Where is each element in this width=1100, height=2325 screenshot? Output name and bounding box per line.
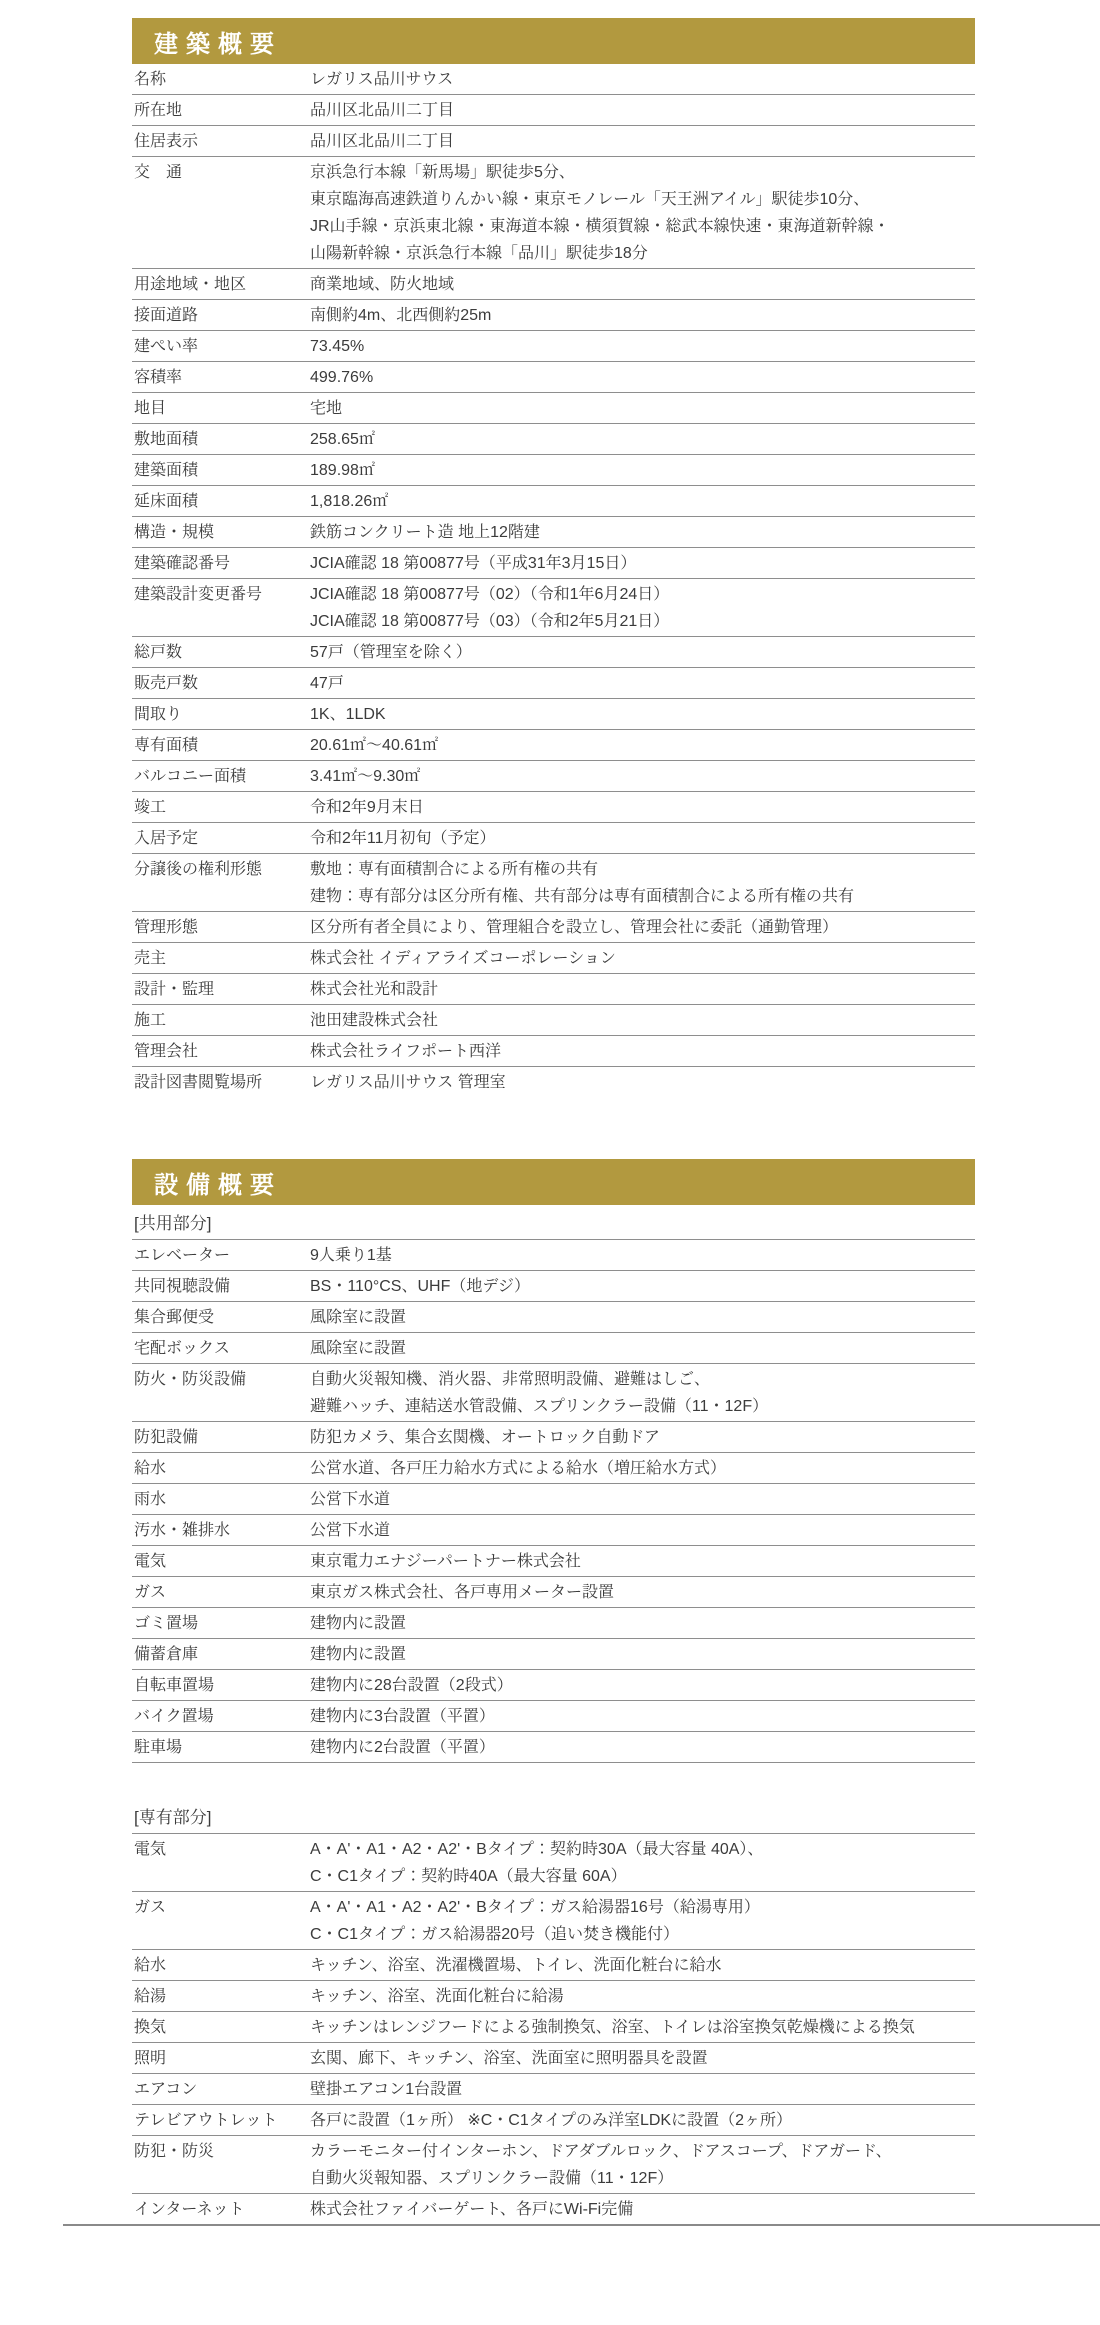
row-value: JCIA確認 18 第00877号（平成31年3月15日） xyxy=(310,550,975,577)
row-value-line: 自動火災報知器、スプリンクラー設備（11・12F） xyxy=(310,2165,975,2192)
table-row: 敷地面積258.65㎡ xyxy=(132,424,975,455)
row-label: バイク置場 xyxy=(132,1703,310,1730)
row-value: 建物内に設置 xyxy=(310,1610,975,1637)
row-value-line: JR山手線・京浜東北線・東海道本線・横須賀線・総武本線快速・東海道新幹線・ xyxy=(310,213,975,240)
row-value-line: 東京ガス株式会社、各戸専用メーター設置 xyxy=(310,1579,975,1606)
row-value-line: 風除室に設置 xyxy=(310,1335,975,1362)
row-value: 玄関、廊下、キッチン、浴室、洗面室に照明器具を設置 xyxy=(310,2045,975,2072)
table-row: 雨水公営下水道 xyxy=(132,1484,975,1515)
table-row: エレベーター9人乗り1基 xyxy=(132,1240,975,1271)
table-row: 交 通京浜急行本線「新馬場」駅徒歩5分、東京臨海高速鉄道りんかい線・東京モノレー… xyxy=(132,157,975,269)
row-value-line: 258.65㎡ xyxy=(310,426,975,453)
row-value-line: 壁掛エアコン1台設置 xyxy=(310,2076,975,2103)
row-label: 売主 xyxy=(132,945,310,972)
row-value: 自動火災報知機、消火器、非常照明設備、避難はしご、避難ハッチ、連結送水管設備、ス… xyxy=(310,1366,975,1420)
row-value: 47戸 xyxy=(310,670,975,697)
row-label: 建ぺい率 xyxy=(132,333,310,360)
row-value: 73.45% xyxy=(310,333,975,360)
private-area-heading: [専有部分] xyxy=(132,1801,975,1834)
row-value: 499.76% xyxy=(310,364,975,391)
row-value: 20.61㎡～40.61㎡ xyxy=(310,732,975,759)
table-row: 入居予定令和2年11月初旬（予定） xyxy=(132,823,975,854)
table-row: バイク置場建物内に3台設置（平置） xyxy=(132,1701,975,1732)
table-row: 建築面積189.98㎡ xyxy=(132,455,975,486)
row-label: 専有面積 xyxy=(132,732,310,759)
row-value: JCIA確認 18 第00877号（02）（令和1年6月24日）JCIA確認 1… xyxy=(310,581,975,635)
row-label: 換気 xyxy=(132,2014,310,2041)
common-area-heading: [共用部分] xyxy=(132,1205,975,1240)
table-row: 販売戸数47戸 xyxy=(132,668,975,699)
row-value-line: JCIA確認 18 第00877号（03）（令和2年5月21日） xyxy=(310,608,975,635)
row-label: 集合郵便受 xyxy=(132,1304,310,1331)
table-row: 給水公営水道、各戸圧力給水方式による給水（増圧給水方式） xyxy=(132,1453,975,1484)
table-row: 構造・規模鉄筋コンクリート造 地上12階建 xyxy=(132,517,975,548)
table-row: 照明玄関、廊下、キッチン、浴室、洗面室に照明器具を設置 xyxy=(132,2043,975,2074)
row-label: 設計・監理 xyxy=(132,976,310,1003)
row-label: 防犯・防災 xyxy=(132,2138,310,2192)
row-label: 管理会社 xyxy=(132,1038,310,1065)
row-value-line: 南側約4m、北西側約25m xyxy=(310,302,975,329)
row-value-line: 73.45% xyxy=(310,333,975,360)
table-row: 設計・監理株式会社光和設計 xyxy=(132,974,975,1005)
row-label: 総戸数 xyxy=(132,639,310,666)
row-label: 用途地域・地区 xyxy=(132,271,310,298)
row-value-line: 建物内に3台設置（平置） xyxy=(310,1703,975,1730)
private-area-table: 電気A・A'・A1・A2・A2'・Bタイプ：契約時30A（最大容量 40A）、C… xyxy=(132,1834,975,2224)
row-value-line: 株式会社ライフポート西洋 xyxy=(310,1038,975,1065)
table-row: 地目宅地 xyxy=(132,393,975,424)
equipment-overview-title: 設備概要 xyxy=(154,1165,282,1200)
row-value: 株式会社ライフポート西洋 xyxy=(310,1038,975,1065)
row-value-line: 敷地：専有面積割合による所有権の共有 xyxy=(310,856,975,883)
row-label: 宅配ボックス xyxy=(132,1335,310,1362)
row-value: 258.65㎡ xyxy=(310,426,975,453)
row-value: キッチンはレンジフードによる強制換気、浴室、トイレは浴室換気乾燥機による換気 xyxy=(310,2014,975,2041)
table-row: 備蓄倉庫建物内に設置 xyxy=(132,1639,975,1670)
row-label: 販売戸数 xyxy=(132,670,310,697)
table-row: 建築設計変更番号JCIA確認 18 第00877号（02）（令和1年6月24日）… xyxy=(132,579,975,637)
row-value-line: 建物内に2台設置（平置） xyxy=(310,1734,975,1761)
row-value-line: 公営下水道 xyxy=(310,1517,975,1544)
building-overview-title: 建築概要 xyxy=(154,24,282,59)
row-value-line: 自動火災報知機、消火器、非常照明設備、避難はしご、 xyxy=(310,1366,975,1393)
row-label: 防犯設備 xyxy=(132,1424,310,1451)
table-row: 名称レガリス品川サウス xyxy=(132,64,975,95)
row-value-line: 株式会社ファイバーゲート、各戸にWi-Fi完備 xyxy=(310,2196,975,2223)
table-row: ゴミ置場建物内に設置 xyxy=(132,1608,975,1639)
row-label: 接面道路 xyxy=(132,302,310,329)
row-label: エレベーター xyxy=(132,1242,310,1269)
row-label: バルコニー面積 xyxy=(132,763,310,790)
row-value-line: 20.61㎡～40.61㎡ xyxy=(310,732,975,759)
row-value: 公営下水道 xyxy=(310,1486,975,1513)
common-area-table: エレベーター9人乗り1基共同視聴設備BS・110°CS、UHF（地デジ）集合郵便… xyxy=(132,1240,975,1763)
table-row: 延床面積1,818.26㎡ xyxy=(132,486,975,517)
building-overview-title-band: 建築概要 xyxy=(132,18,975,64)
row-value: 鉄筋コンクリート造 地上12階建 xyxy=(310,519,975,546)
row-value-line: 東京電力エナジーパートナー株式会社 xyxy=(310,1548,975,1575)
row-value-line: C・C1タイプ：ガス給湯器20号（追い焚き機能付） xyxy=(310,1921,975,1948)
row-value: 建物内に3台設置（平置） xyxy=(310,1703,975,1730)
table-row: ガスA・A'・A1・A2・A2'・Bタイプ：ガス給湯器16号（給湯専用）C・C1… xyxy=(132,1892,975,1950)
building-overview-table: 名称レガリス品川サウス所在地品川区北品川二丁目住居表示品川区北品川二丁目交 通京… xyxy=(132,64,975,1097)
row-value: キッチン、浴室、洗濯機置場、トイレ、洗面化粧台に給水 xyxy=(310,1952,975,1979)
row-value-line: 品川区北品川二丁目 xyxy=(310,97,975,124)
table-row: 自転車置場建物内に28台設置（2段式） xyxy=(132,1670,975,1701)
row-label: ガス xyxy=(132,1894,310,1948)
table-row: 竣工令和2年9月末日 xyxy=(132,792,975,823)
bottom-rule xyxy=(63,2224,1100,2226)
row-label: エアコン xyxy=(132,2076,310,2103)
row-value: 株式会社ファイバーゲート、各戸にWi-Fi完備 xyxy=(310,2196,975,2223)
row-value: 建物内に設置 xyxy=(310,1641,975,1668)
row-value-line: 東京臨海高速鉄道りんかい線・東京モノレール「天王洲アイル」駅徒歩10分、 xyxy=(310,186,975,213)
row-label: 交 通 xyxy=(132,159,310,267)
table-row: テレビアウトレット各戸に設置（1ヶ所） ※C・C1タイプのみ洋室LDKに設置（2… xyxy=(132,2105,975,2136)
row-label: 建築確認番号 xyxy=(132,550,310,577)
row-value: 1,818.26㎡ xyxy=(310,488,975,515)
row-value: 建物内に28台設置（2段式） xyxy=(310,1672,975,1699)
row-value-line: 3.41㎡～9.30㎡ xyxy=(310,763,975,790)
row-label: 設計図書閲覧場所 xyxy=(132,1069,310,1096)
row-value: 京浜急行本線「新馬場」駅徒歩5分、東京臨海高速鉄道りんかい線・東京モノレール「天… xyxy=(310,159,975,267)
row-value: 3.41㎡～9.30㎡ xyxy=(310,763,975,790)
row-value: 57戸（管理室を除く） xyxy=(310,639,975,666)
table-row: 接面道路南側約4m、北西側約25m xyxy=(132,300,975,331)
equipment-overview-section: 設備概要 [共用部分] エレベーター9人乗り1基共同視聴設備BS・110°CS、… xyxy=(132,1159,975,2224)
row-value: BS・110°CS、UHF（地デジ） xyxy=(310,1273,975,1300)
row-value-line: 公営下水道 xyxy=(310,1486,975,1513)
row-label: 敷地面積 xyxy=(132,426,310,453)
row-label: 給湯 xyxy=(132,1983,310,2010)
property-spec-sheet: 建築概要 名称レガリス品川サウス所在地品川区北品川二丁目住居表示品川区北品川二丁… xyxy=(0,0,1100,2325)
row-label: 備蓄倉庫 xyxy=(132,1641,310,1668)
row-value: 池田建設株式会社 xyxy=(310,1007,975,1034)
row-value-line: 区分所有者全員により、管理組合を設立し、管理会社に委託（通勤管理） xyxy=(310,914,975,941)
table-row: 建築確認番号JCIA確認 18 第00877号（平成31年3月15日） xyxy=(132,548,975,579)
row-value: A・A'・A1・A2・A2'・Bタイプ：ガス給湯器16号（給湯専用）C・C1タイ… xyxy=(310,1894,975,1948)
table-row: 防犯設備防犯カメラ、集合玄関機、オートロック自動ドア xyxy=(132,1422,975,1453)
row-value: 令和2年11月初旬（予定） xyxy=(310,825,975,852)
row-label: 電気 xyxy=(132,1836,310,1890)
row-value-line: 1,818.26㎡ xyxy=(310,488,975,515)
row-value-line: 建物：専有部分は区分所有権、共有部分は専有面積割合による所有権の共有 xyxy=(310,883,975,910)
row-label: テレビアウトレット xyxy=(132,2107,310,2134)
row-value-line: 499.76% xyxy=(310,364,975,391)
table-row: 売主株式会社 イディアライズコーポレーション xyxy=(132,943,975,974)
table-row: 用途地域・地区商業地域、防火地域 xyxy=(132,269,975,300)
row-label: 雨水 xyxy=(132,1486,310,1513)
row-value-line: 建物内に設置 xyxy=(310,1641,975,1668)
row-label: 駐車場 xyxy=(132,1734,310,1761)
row-value: 商業地域、防火地域 xyxy=(310,271,975,298)
row-value-line: 商業地域、防火地域 xyxy=(310,271,975,298)
row-value-line: 避難ハッチ、連結送水管設備、スプリンクラー設備（11・12F） xyxy=(310,1393,975,1420)
row-label: 構造・規模 xyxy=(132,519,310,546)
row-label: 入居予定 xyxy=(132,825,310,852)
row-value: 9人乗り1基 xyxy=(310,1242,975,1269)
table-row: 給湯キッチン、浴室、洗面化粧台に給湯 xyxy=(132,1981,975,2012)
row-value-line: レガリス品川サウス 管理室 xyxy=(310,1069,975,1096)
row-value-line: BS・110°CS、UHF（地デジ） xyxy=(310,1273,975,1300)
row-label: 建築面積 xyxy=(132,457,310,484)
row-value: 建物内に2台設置（平置） xyxy=(310,1734,975,1761)
table-row: 専有面積20.61㎡～40.61㎡ xyxy=(132,730,975,761)
row-value-line: 公営水道、各戸圧力給水方式による給水（増圧給水方式） xyxy=(310,1455,975,1482)
row-value-line: A・A'・A1・A2・A2'・Bタイプ：ガス給湯器16号（給湯専用） xyxy=(310,1894,975,1921)
row-label: 間取り xyxy=(132,701,310,728)
table-row: ガス東京ガス株式会社、各戸専用メーター設置 xyxy=(132,1577,975,1608)
row-value: 品川区北品川二丁目 xyxy=(310,97,975,124)
private-area-subsection: [専有部分] 電気A・A'・A1・A2・A2'・Bタイプ：契約時30A（最大容量… xyxy=(132,1801,975,2224)
row-label: 管理形態 xyxy=(132,914,310,941)
row-value-line: 189.98㎡ xyxy=(310,457,975,484)
row-label: インターネット xyxy=(132,2196,310,2223)
table-row: 施工池田建設株式会社 xyxy=(132,1005,975,1036)
row-label: 共同視聴設備 xyxy=(132,1273,310,1300)
row-value: 株式会社 イディアライズコーポレーション xyxy=(310,945,975,972)
row-value-line: 風除室に設置 xyxy=(310,1304,975,1331)
row-value-line: 47戸 xyxy=(310,670,975,697)
table-row: 設計図書閲覧場所レガリス品川サウス 管理室 xyxy=(132,1067,975,1097)
row-label: 電気 xyxy=(132,1548,310,1575)
table-row: 汚水・雑排水公営下水道 xyxy=(132,1515,975,1546)
table-row: 換気キッチンはレンジフードによる強制換気、浴室、トイレは浴室換気乾燥機による換気 xyxy=(132,2012,975,2043)
row-value-line: 1K、1LDK xyxy=(310,701,975,728)
row-value-line: 建物内に設置 xyxy=(310,1610,975,1637)
row-value: 公営下水道 xyxy=(310,1517,975,1544)
row-value: 防犯カメラ、集合玄関機、オートロック自動ドア xyxy=(310,1424,975,1451)
row-label: 照明 xyxy=(132,2045,310,2072)
row-label: 地目 xyxy=(132,395,310,422)
row-label: 防火・防災設備 xyxy=(132,1366,310,1420)
table-row: 所在地品川区北品川二丁目 xyxy=(132,95,975,126)
table-row: 電気A・A'・A1・A2・A2'・Bタイプ：契約時30A（最大容量 40A）、C… xyxy=(132,1834,975,1892)
table-row: 住居表示品川区北品川二丁目 xyxy=(132,126,975,157)
table-row: エアコン壁掛エアコン1台設置 xyxy=(132,2074,975,2105)
common-area-subsection: [共用部分] エレベーター9人乗り1基共同視聴設備BS・110°CS、UHF（地… xyxy=(132,1205,975,1763)
table-row: 建ぺい率73.45% xyxy=(132,331,975,362)
row-label: ゴミ置場 xyxy=(132,1610,310,1637)
equipment-overview-title-band: 設備概要 xyxy=(132,1159,975,1205)
row-value-line: 各戸に設置（1ヶ所） ※C・C1タイプのみ洋室LDKに設置（2ヶ所） xyxy=(310,2107,975,2134)
row-label: 給水 xyxy=(132,1455,310,1482)
table-row: 給水キッチン、浴室、洗濯機置場、トイレ、洗面化粧台に給水 xyxy=(132,1950,975,1981)
table-row: 総戸数57戸（管理室を除く） xyxy=(132,637,975,668)
row-value-line: キッチン、浴室、洗濯機置場、トイレ、洗面化粧台に給水 xyxy=(310,1952,975,1979)
row-value-line: C・C1タイプ：契約時40A（最大容量 60A） xyxy=(310,1863,975,1890)
row-label: 所在地 xyxy=(132,97,310,124)
row-value-line: 57戸（管理室を除く） xyxy=(310,639,975,666)
row-value: 風除室に設置 xyxy=(310,1304,975,1331)
row-value: 1K、1LDK xyxy=(310,701,975,728)
row-value-line: A・A'・A1・A2・A2'・Bタイプ：契約時30A（最大容量 40A）、 xyxy=(310,1836,975,1863)
row-label: 住居表示 xyxy=(132,128,310,155)
row-label: 名称 xyxy=(132,66,310,93)
table-row: バルコニー面積3.41㎡～9.30㎡ xyxy=(132,761,975,792)
row-value-line: 宅地 xyxy=(310,395,975,422)
table-row: 駐車場建物内に2台設置（平置） xyxy=(132,1732,975,1763)
table-row: 集合郵便受風除室に設置 xyxy=(132,1302,975,1333)
row-label: 竣工 xyxy=(132,794,310,821)
row-value: レガリス品川サウス xyxy=(310,66,975,93)
row-value-line: 株式会社光和設計 xyxy=(310,976,975,1003)
row-value-line: キッチン、浴室、洗面化粧台に給湯 xyxy=(310,1983,975,2010)
row-label: 施工 xyxy=(132,1007,310,1034)
row-label: ガス xyxy=(132,1579,310,1606)
table-row: 防犯・防災カラーモニター付インターホン、ドアダブルロック、ドアスコープ、ドアガー… xyxy=(132,2136,975,2194)
row-value-line: レガリス品川サウス xyxy=(310,66,975,93)
row-label: 自転車置場 xyxy=(132,1672,310,1699)
row-value-line: 鉄筋コンクリート造 地上12階建 xyxy=(310,519,975,546)
row-value: 株式会社光和設計 xyxy=(310,976,975,1003)
building-overview-section: 建築概要 名称レガリス品川サウス所在地品川区北品川二丁目住居表示品川区北品川二丁… xyxy=(132,18,975,1097)
row-value: 各戸に設置（1ヶ所） ※C・C1タイプのみ洋室LDKに設置（2ヶ所） xyxy=(310,2107,975,2134)
table-row: 分譲後の権利形態敷地：専有面積割合による所有権の共有建物：専有部分は区分所有権、… xyxy=(132,854,975,912)
row-label: 汚水・雑排水 xyxy=(132,1517,310,1544)
row-value-line: 品川区北品川二丁目 xyxy=(310,128,975,155)
row-value: A・A'・A1・A2・A2'・Bタイプ：契約時30A（最大容量 40A）、C・C… xyxy=(310,1836,975,1890)
row-value: キッチン、浴室、洗面化粧台に給湯 xyxy=(310,1983,975,2010)
row-value-line: 玄関、廊下、キッチン、浴室、洗面室に照明器具を設置 xyxy=(310,2045,975,2072)
row-value-line: JCIA確認 18 第00877号（平成31年3月15日） xyxy=(310,550,975,577)
row-value: 区分所有者全員により、管理組合を設立し、管理会社に委託（通勤管理） xyxy=(310,914,975,941)
row-value-line: 防犯カメラ、集合玄関機、オートロック自動ドア xyxy=(310,1424,975,1451)
row-value-line: 9人乗り1基 xyxy=(310,1242,975,1269)
row-value: 189.98㎡ xyxy=(310,457,975,484)
row-value-line: 令和2年9月末日 xyxy=(310,794,975,821)
table-row: 管理形態区分所有者全員により、管理組合を設立し、管理会社に委託（通勤管理） xyxy=(132,912,975,943)
table-row: 管理会社株式会社ライフポート西洋 xyxy=(132,1036,975,1067)
row-value: 公営水道、各戸圧力給水方式による給水（増圧給水方式） xyxy=(310,1455,975,1482)
row-label: 給水 xyxy=(132,1952,310,1979)
row-value: 南側約4m、北西側約25m xyxy=(310,302,975,329)
row-value: レガリス品川サウス 管理室 xyxy=(310,1069,975,1096)
row-value: 壁掛エアコン1台設置 xyxy=(310,2076,975,2103)
row-value-line: JCIA確認 18 第00877号（02）（令和1年6月24日） xyxy=(310,581,975,608)
row-value-line: 京浜急行本線「新馬場」駅徒歩5分、 xyxy=(310,159,975,186)
row-label: 容積率 xyxy=(132,364,310,391)
table-row: 共同視聴設備BS・110°CS、UHF（地デジ） xyxy=(132,1271,975,1302)
row-value-line: 池田建設株式会社 xyxy=(310,1007,975,1034)
row-label: 建築設計変更番号 xyxy=(132,581,310,635)
row-value-line: 株式会社 イディアライズコーポレーション xyxy=(310,945,975,972)
row-value-line: 建物内に28台設置（2段式） xyxy=(310,1672,975,1699)
spec-content: 建築概要 名称レガリス品川サウス所在地品川区北品川二丁目住居表示品川区北品川二丁… xyxy=(132,18,975,2226)
table-row: 宅配ボックス風除室に設置 xyxy=(132,1333,975,1364)
row-value: 宅地 xyxy=(310,395,975,422)
row-label: 延床面積 xyxy=(132,488,310,515)
row-value-line: キッチンはレンジフードによる強制換気、浴室、トイレは浴室換気乾燥機による換気 xyxy=(310,2014,975,2041)
row-value: 東京ガス株式会社、各戸専用メーター設置 xyxy=(310,1579,975,1606)
table-row: 間取り1K、1LDK xyxy=(132,699,975,730)
row-value-line: 令和2年11月初旬（予定） xyxy=(310,825,975,852)
table-row: 防火・防災設備自動火災報知機、消火器、非常照明設備、避難はしご、避難ハッチ、連結… xyxy=(132,1364,975,1422)
row-value: 令和2年9月末日 xyxy=(310,794,975,821)
row-value: 敷地：専有面積割合による所有権の共有建物：専有部分は区分所有権、共有部分は専有面… xyxy=(310,856,975,910)
row-label: 分譲後の権利形態 xyxy=(132,856,310,910)
table-row: 電気東京電力エナジーパートナー株式会社 xyxy=(132,1546,975,1577)
row-value-line: 山陽新幹線・京浜急行本線「品川」駅徒歩18分 xyxy=(310,240,975,267)
table-row: 容積率499.76% xyxy=(132,362,975,393)
row-value: 風除室に設置 xyxy=(310,1335,975,1362)
table-row: インターネット株式会社ファイバーゲート、各戸にWi-Fi完備 xyxy=(132,2194,975,2224)
row-value-line: カラーモニター付インターホン、ドアダブルロック、ドアスコープ、ドアガード、 xyxy=(310,2138,975,2165)
row-value: 東京電力エナジーパートナー株式会社 xyxy=(310,1548,975,1575)
row-value: 品川区北品川二丁目 xyxy=(310,128,975,155)
row-value: カラーモニター付インターホン、ドアダブルロック、ドアスコープ、ドアガード、自動火… xyxy=(310,2138,975,2192)
